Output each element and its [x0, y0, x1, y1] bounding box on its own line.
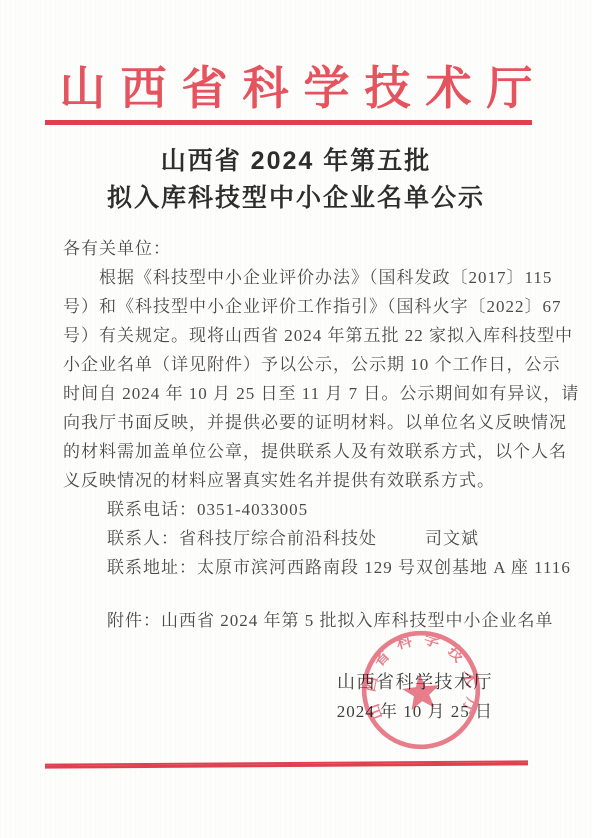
- official-seal-stamp: 山西省科学技术厅: [353, 622, 489, 758]
- contact-person-label: 联系人：省科技厅综合前沿科技处: [107, 529, 377, 548]
- seal-star-icon: [401, 672, 442, 711]
- footer-divider-rule: [45, 760, 528, 768]
- paragraph-line: 号）有关规定。现将山西省 2024 年第五批 22 家拟入库科技型中: [63, 321, 543, 350]
- document-title-line1: 山西省 2024 年第五批: [0, 141, 592, 177]
- paragraph-line: 义反映情况的材料应署真实姓名并提供有效联系方式。: [63, 466, 543, 495]
- contact-person: 联系人：省科技厅综合前沿科技处司文斌: [63, 524, 543, 553]
- paragraph-line: 根据《科技型中小企业评价办法》（国科发政〔2017〕115: [63, 263, 543, 292]
- salutation: 各有关单位：: [63, 234, 543, 263]
- paragraph-line: 小企业名单（详见附件）予以公示，公示期 10 个工作日，公示: [63, 350, 543, 379]
- contact-phone: 联系电话：0351-4033005: [63, 495, 543, 524]
- letterhead-agency-name: 山西省科学技术厅: [0, 52, 592, 118]
- paragraph-line: 号）和《科技型中小企业评价工作指引》（国科火字〔2022〕67: [63, 292, 543, 321]
- document-page: 山西省科学技术厅 山西省 2024 年第五批 拟入库科技型中小企业名单公示 各有…: [0, 0, 592, 838]
- letterhead-divider-rule: [45, 120, 532, 125]
- paragraph-line: 向我厅书面反映，并提供必要的证明材料。以单位名义反映情况: [63, 408, 543, 437]
- paragraph-line: 的材料需加盖单位公章，提供联系人及有效联系方式，以个人名: [63, 437, 543, 466]
- document-title-line2: 拟入库科技型中小企业名单公示: [0, 178, 592, 214]
- paragraph-line: 时间自 2024 年 10 月 25 日至 11 月 7 日。公示期间如有异议，…: [63, 379, 543, 408]
- contact-address: 联系地址：太原市滨河西路南段 129 号双创基地 A 座 1116: [63, 553, 543, 582]
- document-body: 各有关单位： 根据《科技型中小企业评价办法》（国科发政〔2017〕115 号）和…: [63, 234, 543, 635]
- contact-person-name: 司文斌: [425, 529, 479, 548]
